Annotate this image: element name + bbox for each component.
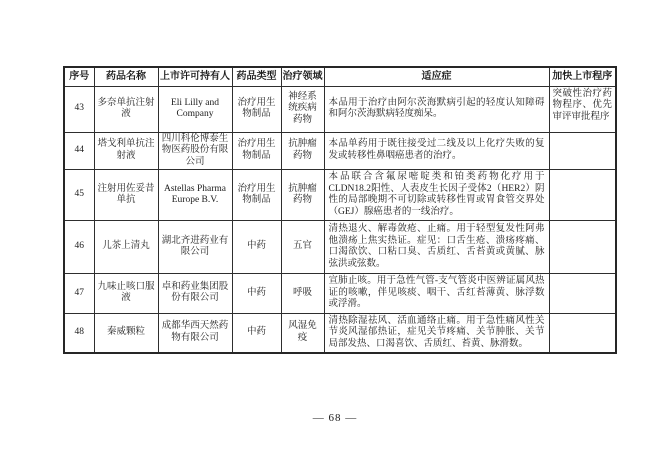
cell-area: 抗肿瘤药物: [281, 170, 324, 221]
cell-indication: 宣肺止咳。用于急性气管-支气管炎中医辨证属风热证的咳嗽，伴见咳痰、咽干、舌红苔薄…: [324, 274, 549, 314]
cell-holder: Eli Lilly and Company: [158, 86, 232, 132]
cell-drug-name: 注射用佐妥昔单抗: [94, 170, 158, 221]
cell-type: 中药: [232, 313, 281, 353]
cell-drug-name: 塔戈利单抗注射液: [94, 132, 158, 170]
cell-fast-track: [549, 313, 616, 353]
table-row: 44 塔戈利单抗注射液 四川科伦博泰生物医药股份有限公司 治疗用生物制品 抗肿瘤…: [64, 132, 616, 170]
cell-drug-name: 多奈单抗注射液: [94, 86, 158, 132]
cell-no: 44: [64, 132, 94, 170]
cell-type: 治疗用生物制品: [232, 170, 281, 221]
cell-holder: 成都华西天然药物有限公司: [158, 313, 232, 353]
drug-approval-table: 序号 药品名称 上市许可持有人 药品类型 治疗领域 适应症 加快上市程序 43 …: [63, 66, 617, 354]
cell-type: 治疗用生物制品: [232, 86, 281, 132]
col-header-type: 药品类型: [232, 67, 281, 86]
cell-indication: 本品联合含氟尿嘧啶类和铂类药物化疗用于CLDN18.2阳性、人表皮生长因子受体2…: [324, 170, 549, 221]
table-row: 46 儿茶上清丸 湖北齐进药业有限公司 中药 五官 清热退火、解毒敛疮、止痛。用…: [64, 221, 616, 274]
cell-indication: 本品单药用于既往接受过二线及以上化疗失败的复发或转移性鼻咽癌患者的治疗。: [324, 132, 549, 170]
table-row: 45 注射用佐妥昔单抗 Astellas Pharma Europe B.V. …: [64, 170, 616, 221]
col-header-no: 序号: [64, 67, 94, 86]
table-header-row: 序号 药品名称 上市许可持有人 药品类型 治疗领域 适应症 加快上市程序: [64, 67, 616, 86]
cell-area: 五官: [281, 221, 324, 274]
table-row: 43 多奈单抗注射液 Eli Lilly and Company 治疗用生物制品…: [64, 86, 616, 132]
cell-fast-track: [549, 132, 616, 170]
cell-drug-name: 儿茶上清丸: [94, 221, 158, 274]
cell-area: 呼吸: [281, 274, 324, 314]
cell-fast-track: [549, 221, 616, 274]
table-row: 48 秦威颗粒 成都华西天然药物有限公司 中药 风湿免疫 清热除湿祛风、活血通络…: [64, 313, 616, 353]
cell-holder: 四川科伦博泰生物医药股份有限公司: [158, 132, 232, 170]
cell-no: 47: [64, 274, 94, 314]
col-header-holder: 上市许可持有人: [158, 67, 232, 86]
cell-holder: 卓和药业集团股份有限公司: [158, 274, 232, 314]
cell-drug-name: 秦威颗粒: [94, 313, 158, 353]
cell-fast-track: [549, 170, 616, 221]
cell-no: 46: [64, 221, 94, 274]
document-page: 序号 药品名称 上市许可持有人 药品类型 治疗领域 适应症 加快上市程序 43 …: [0, 0, 670, 474]
cell-type: 中药: [232, 274, 281, 314]
cell-no: 45: [64, 170, 94, 221]
cell-indication: 本品用于治疗由阿尔茨海默病引起的轻度认知障碍和阿尔茨海默病轻度痴呆。: [324, 86, 549, 132]
table-row: 47 九味止咳口服液 卓和药业集团股份有限公司 中药 呼吸 宣肺止咳。用于急性气…: [64, 274, 616, 314]
cell-area: 神经系统疾病药物: [281, 86, 324, 132]
cell-type: 中药: [232, 221, 281, 274]
cell-holder: Astellas Pharma Europe B.V.: [158, 170, 232, 221]
cell-drug-name: 九味止咳口服液: [94, 274, 158, 314]
col-header-fast-track: 加快上市程序: [549, 67, 616, 86]
cell-holder: 湖北齐进药业有限公司: [158, 221, 232, 274]
col-header-area: 治疗领域: [281, 67, 324, 86]
cell-area: 抗肿瘤药物: [281, 132, 324, 170]
col-header-indication: 适应症: [324, 67, 549, 86]
cell-area: 风湿免疫: [281, 313, 324, 353]
cell-fast-track: [549, 274, 616, 314]
cell-indication: 清热退火、解毒敛疮、止痛。用于轻型复发性阿弗他溃疡上焦实热证。症见：口舌生疮、溃…: [324, 221, 549, 274]
cell-no: 48: [64, 313, 94, 353]
cell-fast-track: 突破性治疗药物程序、优先审评审批程序: [549, 86, 616, 132]
cell-indication: 清热除湿祛风、活血通络止痛。用于急性痛风性关节炎风湿郁热证，症见关节疼痛、关节肿…: [324, 313, 549, 353]
page-number: — 68 —: [0, 412, 670, 424]
cell-no: 43: [64, 86, 94, 132]
col-header-drug-name: 药品名称: [94, 67, 158, 86]
cell-type: 治疗用生物制品: [232, 132, 281, 170]
